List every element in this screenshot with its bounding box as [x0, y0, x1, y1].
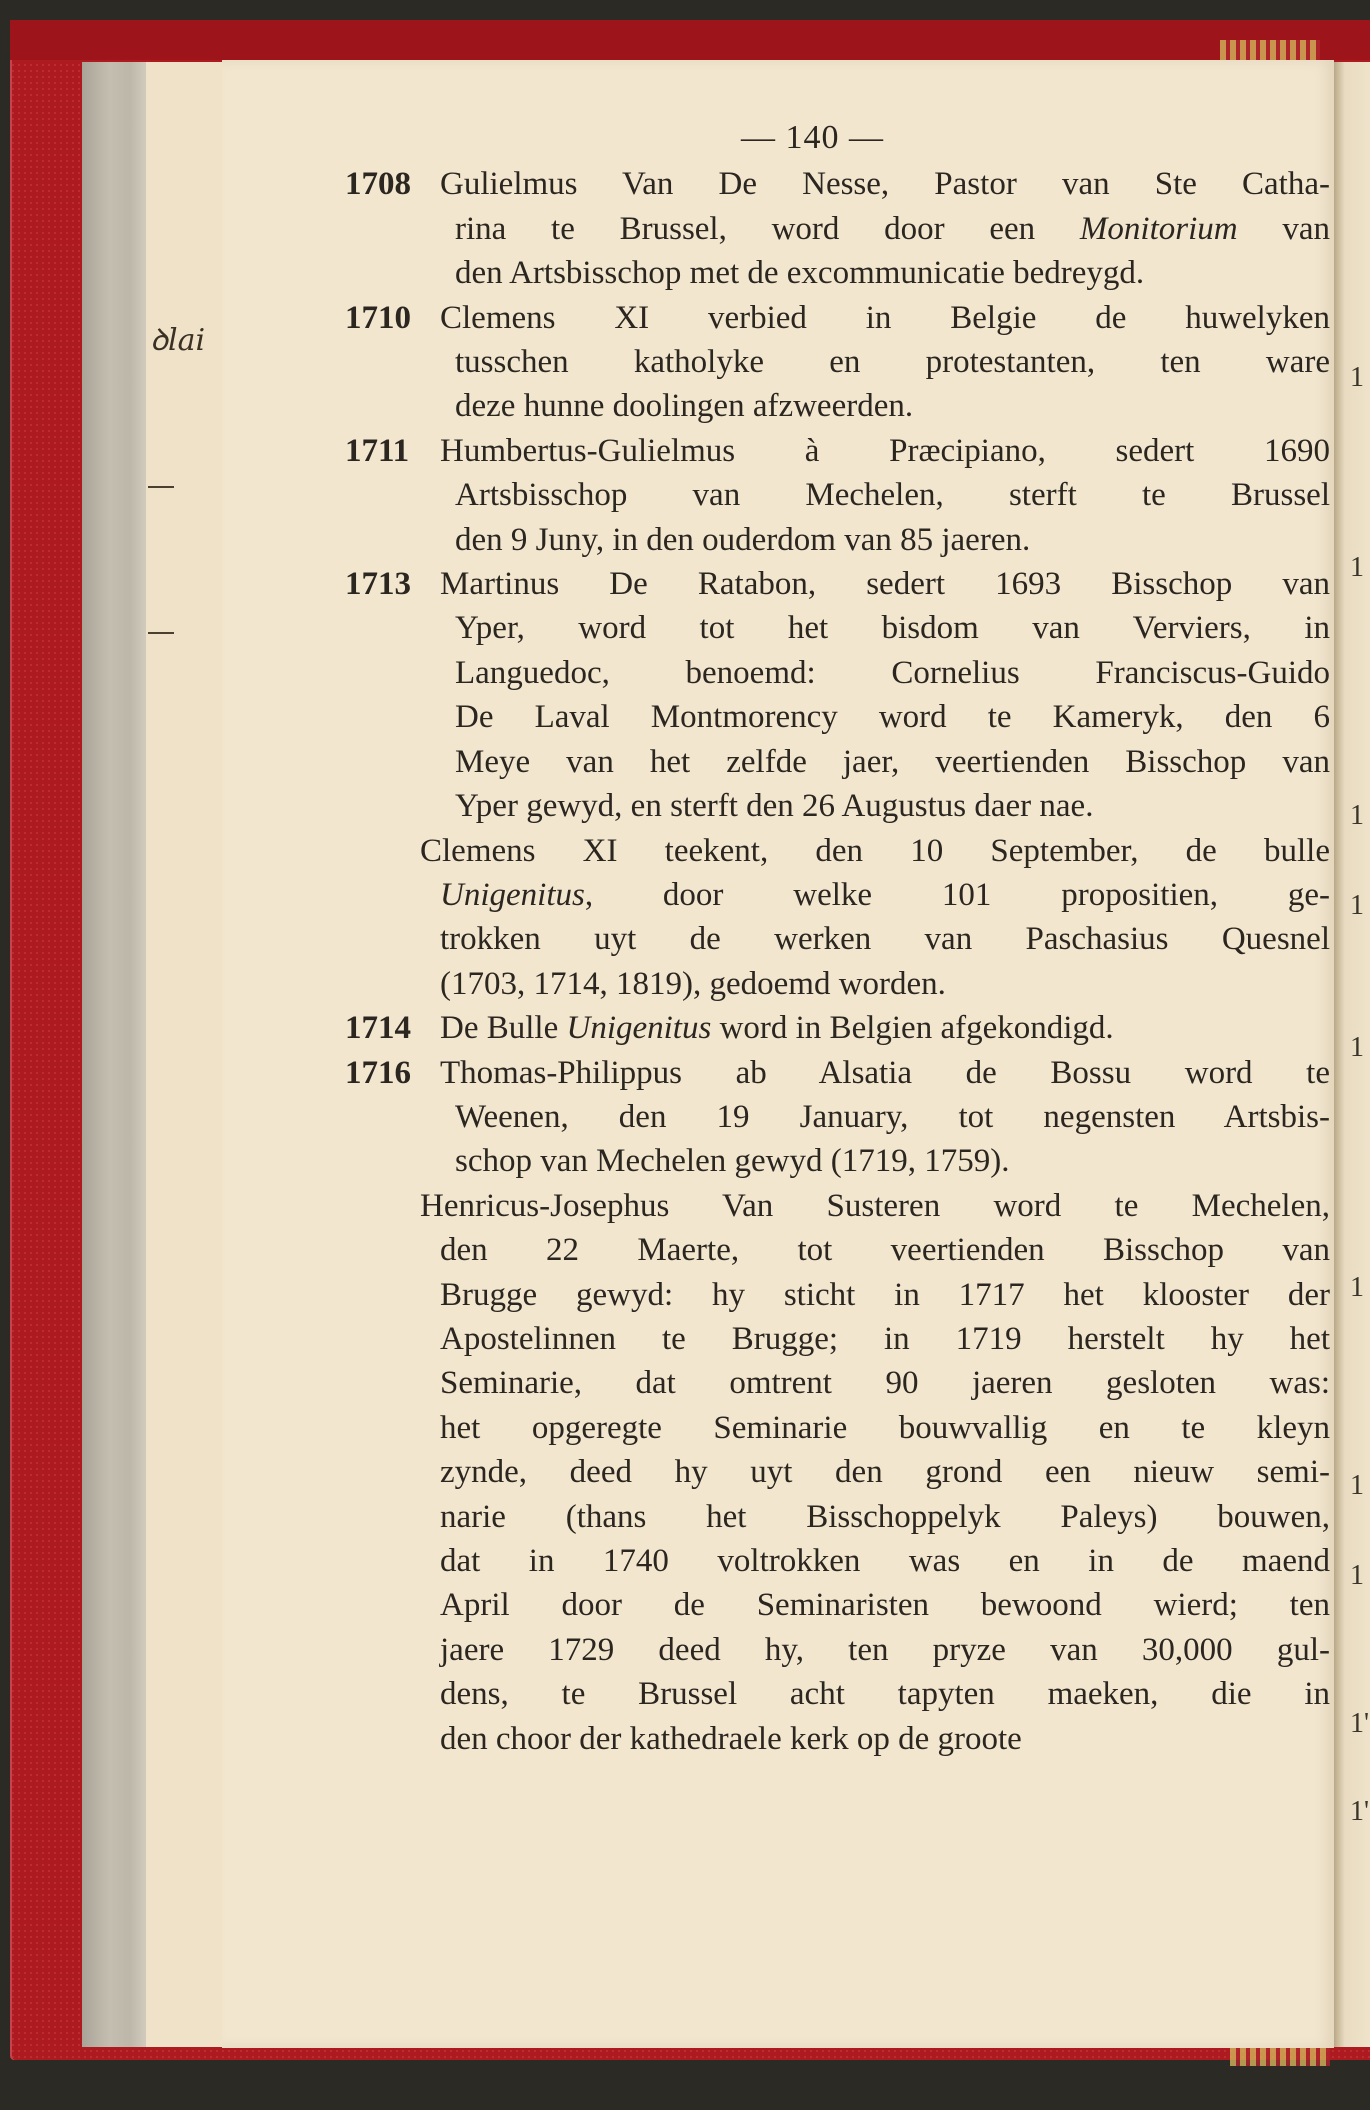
margin-dash-mark [148, 486, 174, 488]
page-block-edge [82, 62, 150, 2047]
chronology-entry: Henricus-Josephus Van Susteren word te M… [345, 1184, 1330, 1761]
entry-year: 1714 [345, 1006, 411, 1050]
entry-line: deze hunne doolingen afzweerden. [455, 384, 1330, 428]
entry-year: 1716 [345, 1051, 411, 1095]
chronology-entry: 1710Clemens XI verbied in Belgie de huwe… [345, 296, 1330, 429]
edge-fragment: 1' [1350, 1708, 1369, 1740]
margin-dash-mark [148, 632, 174, 634]
entry-line: Weenen, den 19 January, tot negensten Ar… [455, 1095, 1330, 1139]
entry-line: Apostelinnen te Brugge; in 1719 herstelt… [440, 1317, 1330, 1361]
entry-line: Clemens XI verbied in Belgie de huwelyke… [440, 296, 1330, 340]
inner-page-strip [146, 62, 223, 2047]
entry-line: het opgeregte Seminarie bouwvallig en te… [440, 1406, 1330, 1450]
entry-line: dat in 1740 voltrokken was en in de maen… [440, 1539, 1330, 1583]
entry-line: den 9 Juny, in den ouderdom van 85 jaere… [455, 518, 1330, 562]
entry-line: rina te Brussel, word door een Monitoriu… [455, 207, 1330, 251]
edge-fragment: 1' [1350, 1796, 1369, 1828]
edge-fragment: 1 [1350, 362, 1364, 394]
entry-line: den Artsbisschop met de excommunicatie b… [455, 251, 1330, 295]
entry-line: tusschen katholyke en protestanten, ten … [455, 340, 1330, 384]
entry-line: narie (thans het Bisschoppelyk Paleys) b… [440, 1495, 1330, 1539]
entry-line: Meye van het zelfde jaer, veertienden Bi… [455, 740, 1330, 784]
entry-line: Humbertus-Gulielmus à Præcipiano, sedert… [440, 429, 1330, 473]
entry-line: Martinus De Ratabon, sedert 1693 Bisscho… [440, 562, 1330, 606]
entry-line: Artsbisschop van Mechelen, sterft te Bru… [455, 473, 1330, 517]
entry-line: zynde, deed hy uyt den grond een nieuw s… [440, 1450, 1330, 1494]
edge-fragment: 1 [1350, 1470, 1364, 1502]
edge-fragment: 1 [1350, 1272, 1364, 1304]
entry-line: Unigenitus, door welke 101 propositien, … [440, 873, 1330, 917]
entry-year: 1708 [345, 162, 411, 206]
handwritten-margin-note: ꝺlai [150, 318, 205, 359]
chronology-entry: 1713Martinus De Ratabon, sedert 1693 Bis… [345, 562, 1330, 828]
edge-fragment: 1 [1350, 800, 1364, 832]
chronology-entry: 1714De Bulle Unigenitus word in Belgien … [345, 1006, 1330, 1050]
entry-line: schop van Mechelen gewyd (1719, 1759). [455, 1139, 1330, 1183]
entry-line: Languedoc, benoemd: Cornelius Franciscus… [455, 651, 1330, 695]
entry-line: dens, te Brussel acht tapyten maeken, di… [440, 1672, 1330, 1716]
cover-top-edge [10, 20, 1370, 60]
entry-line: De Bulle Unigenitus word in Belgien afge… [440, 1006, 1330, 1050]
entry-year: 1713 [345, 562, 411, 606]
entry-line: (1703, 1714, 1819), gedoemd worden. [440, 962, 1330, 1006]
entry-year: 1711 [345, 429, 409, 473]
entry-line: Yper, word tot het bisdom van Verviers, … [455, 606, 1330, 650]
edge-fragment: 1 [1350, 890, 1364, 922]
entry-line: Henricus-Josephus Van Susteren word te M… [420, 1184, 1330, 1228]
entry-line: jaere 1729 deed hy, ten pryze van 30,000… [440, 1628, 1330, 1672]
entry-line: Seminarie, dat omtrent 90 jaeren geslote… [440, 1361, 1330, 1405]
entry-line: Thomas-Philippus ab Alsatia de Bossu wor… [440, 1051, 1330, 1095]
edge-fragment: 1 [1350, 1560, 1364, 1592]
edge-fragment: 1 [1350, 1032, 1364, 1064]
entry-line: den 22 Maerte, tot veertienden Bisschop … [440, 1228, 1330, 1272]
chronology-entry: 1711Humbertus-Gulielmus à Præcipiano, se… [345, 429, 1330, 562]
headband-top [1220, 40, 1320, 60]
chronology-entries: 1708Gulielmus Van De Nesse, Pastor van S… [345, 162, 1330, 1761]
headband-bottom [1230, 2046, 1330, 2066]
entry-line: Brugge gewyd: hy sticht in 1717 het kloo… [440, 1273, 1330, 1317]
entry-year: 1710 [345, 296, 411, 340]
entry-line: April door de Seminaristen bewoond wierd… [440, 1583, 1330, 1627]
entry-line: De Laval Montmorency word te Kameryk, de… [455, 695, 1330, 739]
page-text: — 140 — 1708Gulielmus Van De Nesse, Past… [345, 108, 1330, 1761]
chronology-entry: 1708Gulielmus Van De Nesse, Pastor van S… [345, 162, 1330, 295]
edge-fragment: 1 [1350, 552, 1364, 584]
entry-line: den choor der kathedraele kerk op de gro… [440, 1717, 1330, 1761]
chronology-entry: 1716Thomas-Philippus ab Alsatia de Bossu… [345, 1051, 1330, 1184]
chronology-entry: Clemens XI teekent, den 10 September, de… [345, 829, 1330, 1007]
entry-line: Clemens XI teekent, den 10 September, de… [420, 829, 1330, 873]
entry-line: Yper gewyd, en sterft den 26 Augustus da… [455, 784, 1330, 828]
entry-line: Gulielmus Van De Nesse, Pastor van Ste C… [440, 162, 1330, 206]
entry-line: trokken uyt de werken van Paschasius Que… [440, 917, 1330, 961]
page-number: — 140 — [295, 108, 1330, 160]
